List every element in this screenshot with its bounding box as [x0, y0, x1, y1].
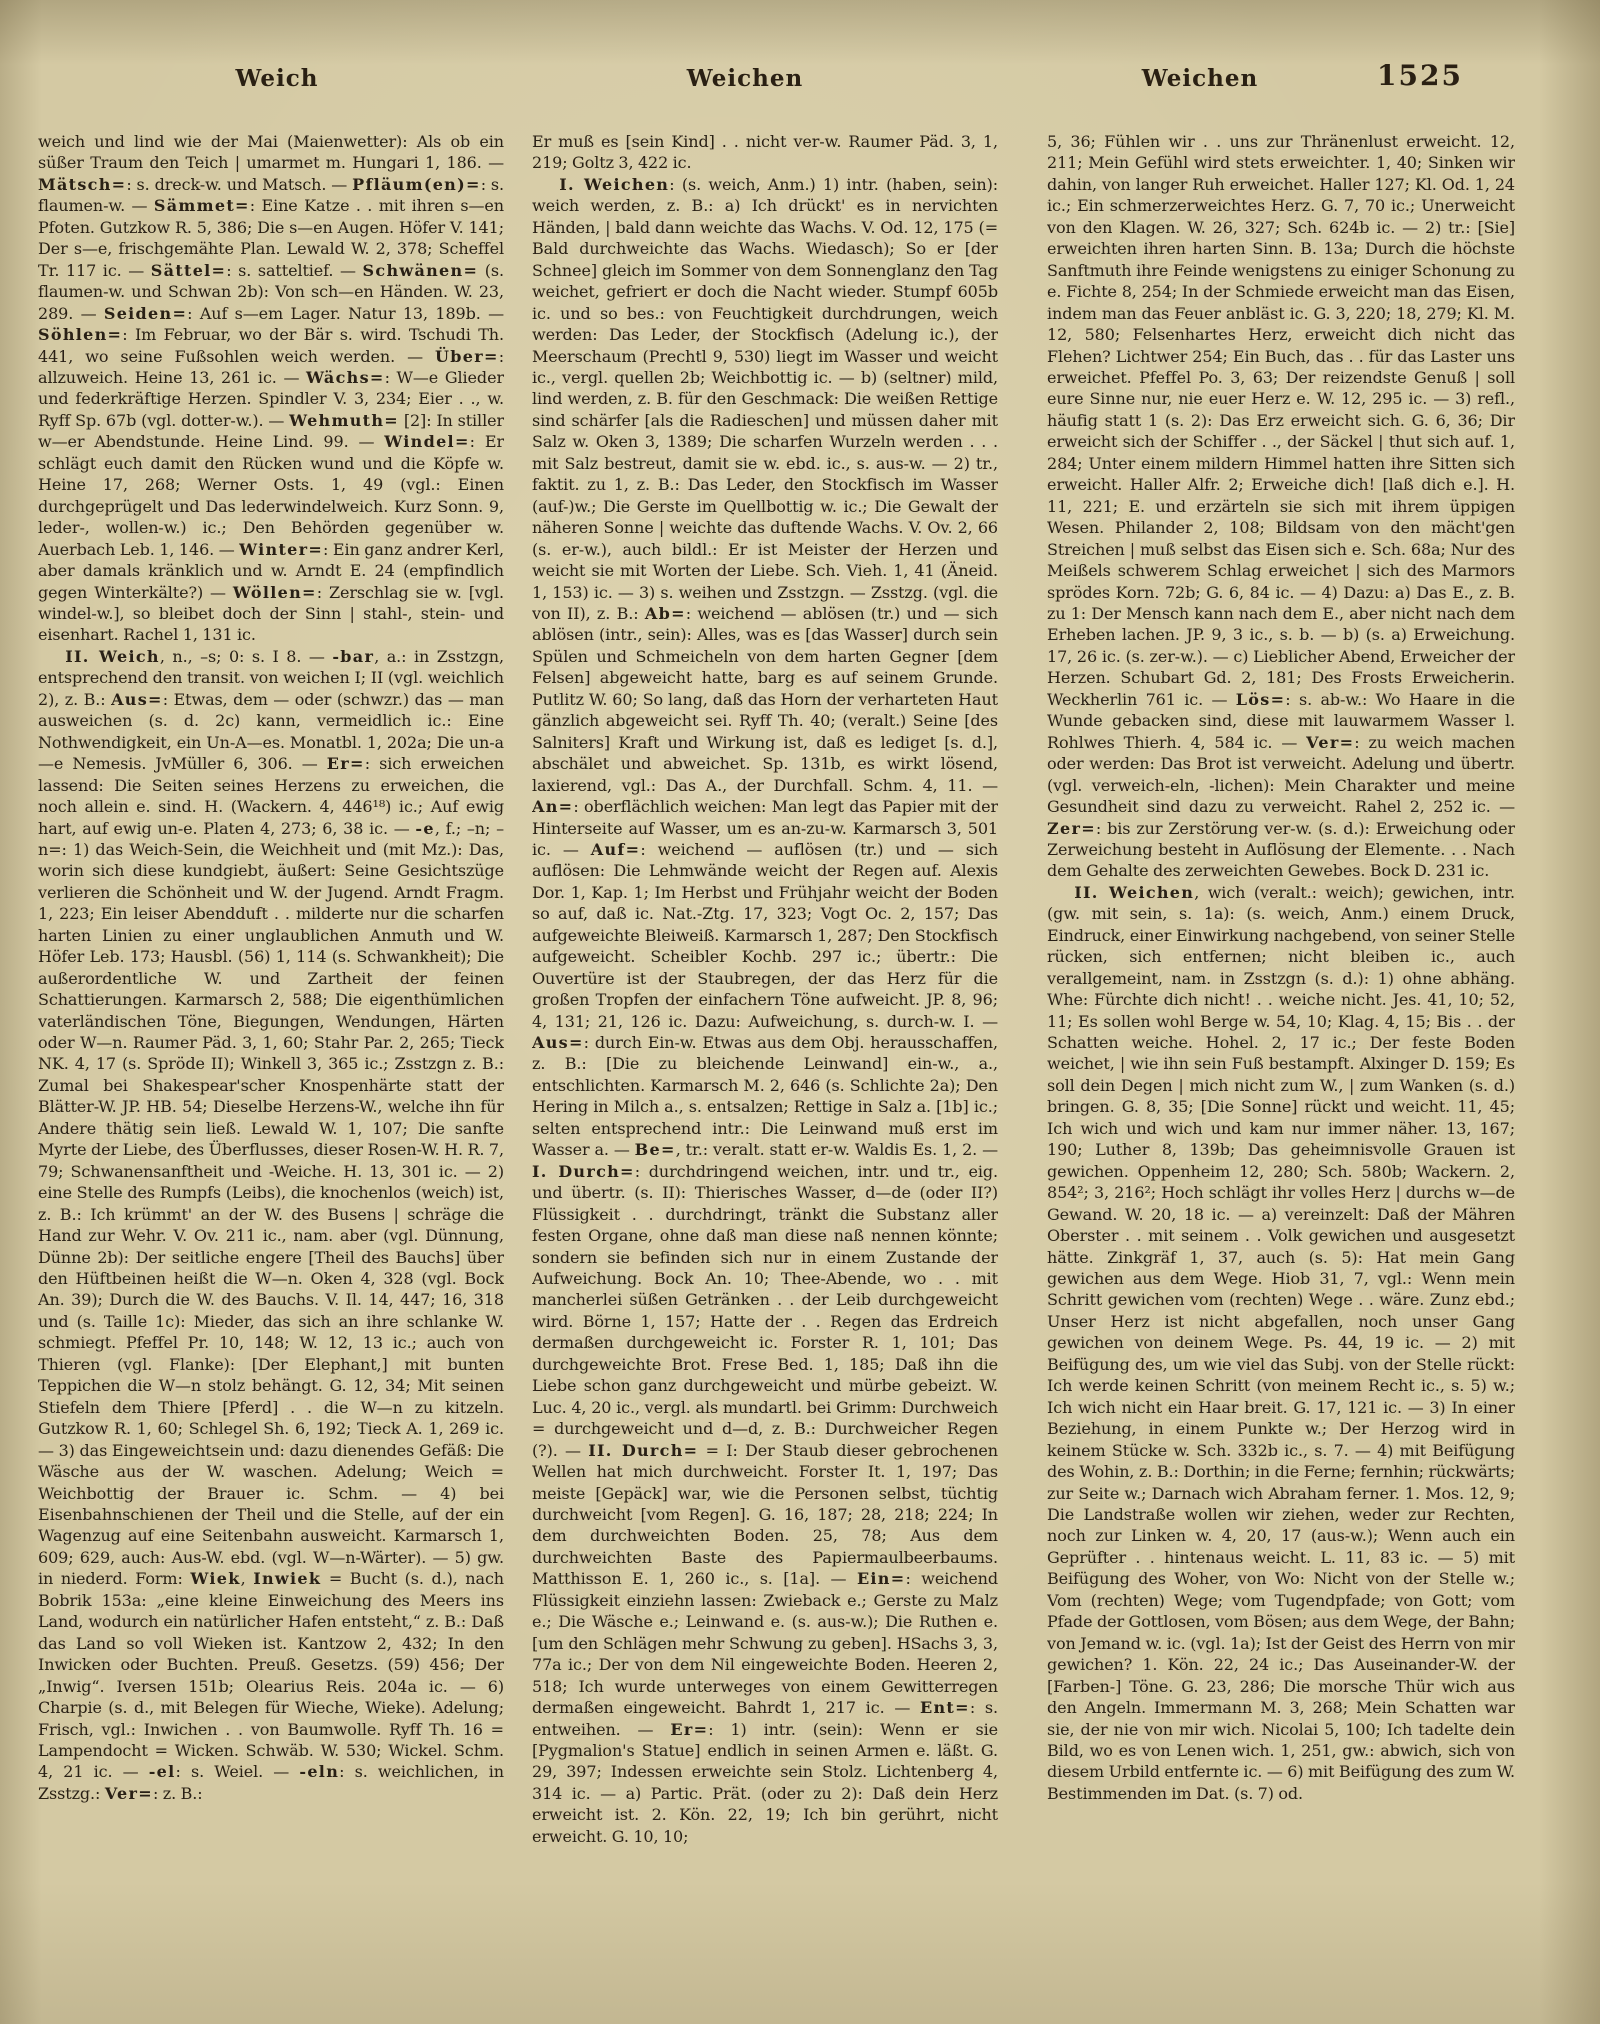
headword: Er=: [670, 1720, 708, 1739]
headword: Ab=: [645, 604, 686, 623]
text-column-1: weich und lind wie der Mai (Maienwetter)…: [38, 131, 504, 1893]
headword: Pfläum(en)=: [352, 175, 481, 194]
headword: Zer=: [1047, 819, 1096, 838]
headword: Über=: [435, 347, 499, 366]
headword: Sämmet=: [154, 196, 250, 215]
headword: Aus=: [111, 690, 163, 709]
headword: Wehmuth=: [289, 411, 399, 430]
headword: Windel=: [384, 432, 469, 451]
headword: Schwänen=: [363, 261, 479, 280]
text-column-3: 5, 36; Fühlen wir . . uns zur Thränenlus…: [1047, 131, 1515, 1893]
headword: Aus=: [532, 1033, 584, 1052]
paragraph: 5, 36; Fühlen wir . . uns zur Thränenlus…: [1047, 131, 1515, 882]
headword: Ver=: [1306, 733, 1354, 752]
headword: Inwiek: [253, 1569, 321, 1588]
headword: I. Weichen: [559, 175, 669, 194]
headword: Wöllen=: [233, 583, 317, 602]
page-number: 1525: [1377, 61, 1463, 91]
headword: Ein=: [857, 1569, 906, 1588]
text-column-2: Er muß es [sein Kind] . . nicht ver-w. R…: [532, 131, 998, 1893]
paragraph: weich und lind wie der Mai (Maienwetter)…: [38, 131, 504, 646]
headword: Ver=: [105, 1784, 153, 1803]
headword: Er=: [327, 754, 365, 773]
headword: Auf=: [591, 840, 641, 859]
headword: -e: [415, 819, 434, 838]
headword: II. Weichen: [1074, 883, 1194, 902]
running-head-center: Weichen: [687, 66, 803, 92]
headword: An=: [532, 797, 573, 816]
headword: -eln: [299, 1762, 339, 1781]
headword: Wiek: [190, 1569, 240, 1588]
headword: II. Weich: [65, 647, 160, 666]
headword: I. Durch=: [532, 1162, 635, 1181]
headword: -el: [149, 1762, 176, 1781]
headword: Söhlen=: [38, 325, 122, 344]
headword: -bar: [332, 647, 374, 666]
paragraph: Er muß es [sein Kind] . . nicht ver-w. R…: [532, 131, 998, 174]
running-head-right: Weichen: [1142, 66, 1258, 92]
headword: Seiden=: [104, 304, 187, 323]
headword: II. Durch=: [588, 1441, 698, 1460]
headword: Ent=: [920, 1698, 970, 1717]
headword: Be=: [635, 1140, 676, 1159]
headword: Lös=: [1236, 690, 1286, 709]
headword: Winter=: [239, 540, 323, 559]
paragraph: II. Weich, n., –s; 0: s. I 8. — -bar, a.…: [38, 646, 504, 1804]
paragraph: II. Weichen, wich (veralt.: weich); gewi…: [1047, 882, 1515, 1804]
dictionary-page: Weich Weichen Weichen 1525 weich und lin…: [0, 0, 1600, 2024]
running-head-left: Weich: [235, 66, 318, 92]
paragraph: I. Weichen: (s. weich, Anm.) 1) intr. (h…: [532, 174, 998, 1847]
headword: Wächs=: [306, 368, 385, 387]
headword: Mätsch=: [38, 175, 126, 194]
headword: Sättel=: [151, 261, 226, 280]
